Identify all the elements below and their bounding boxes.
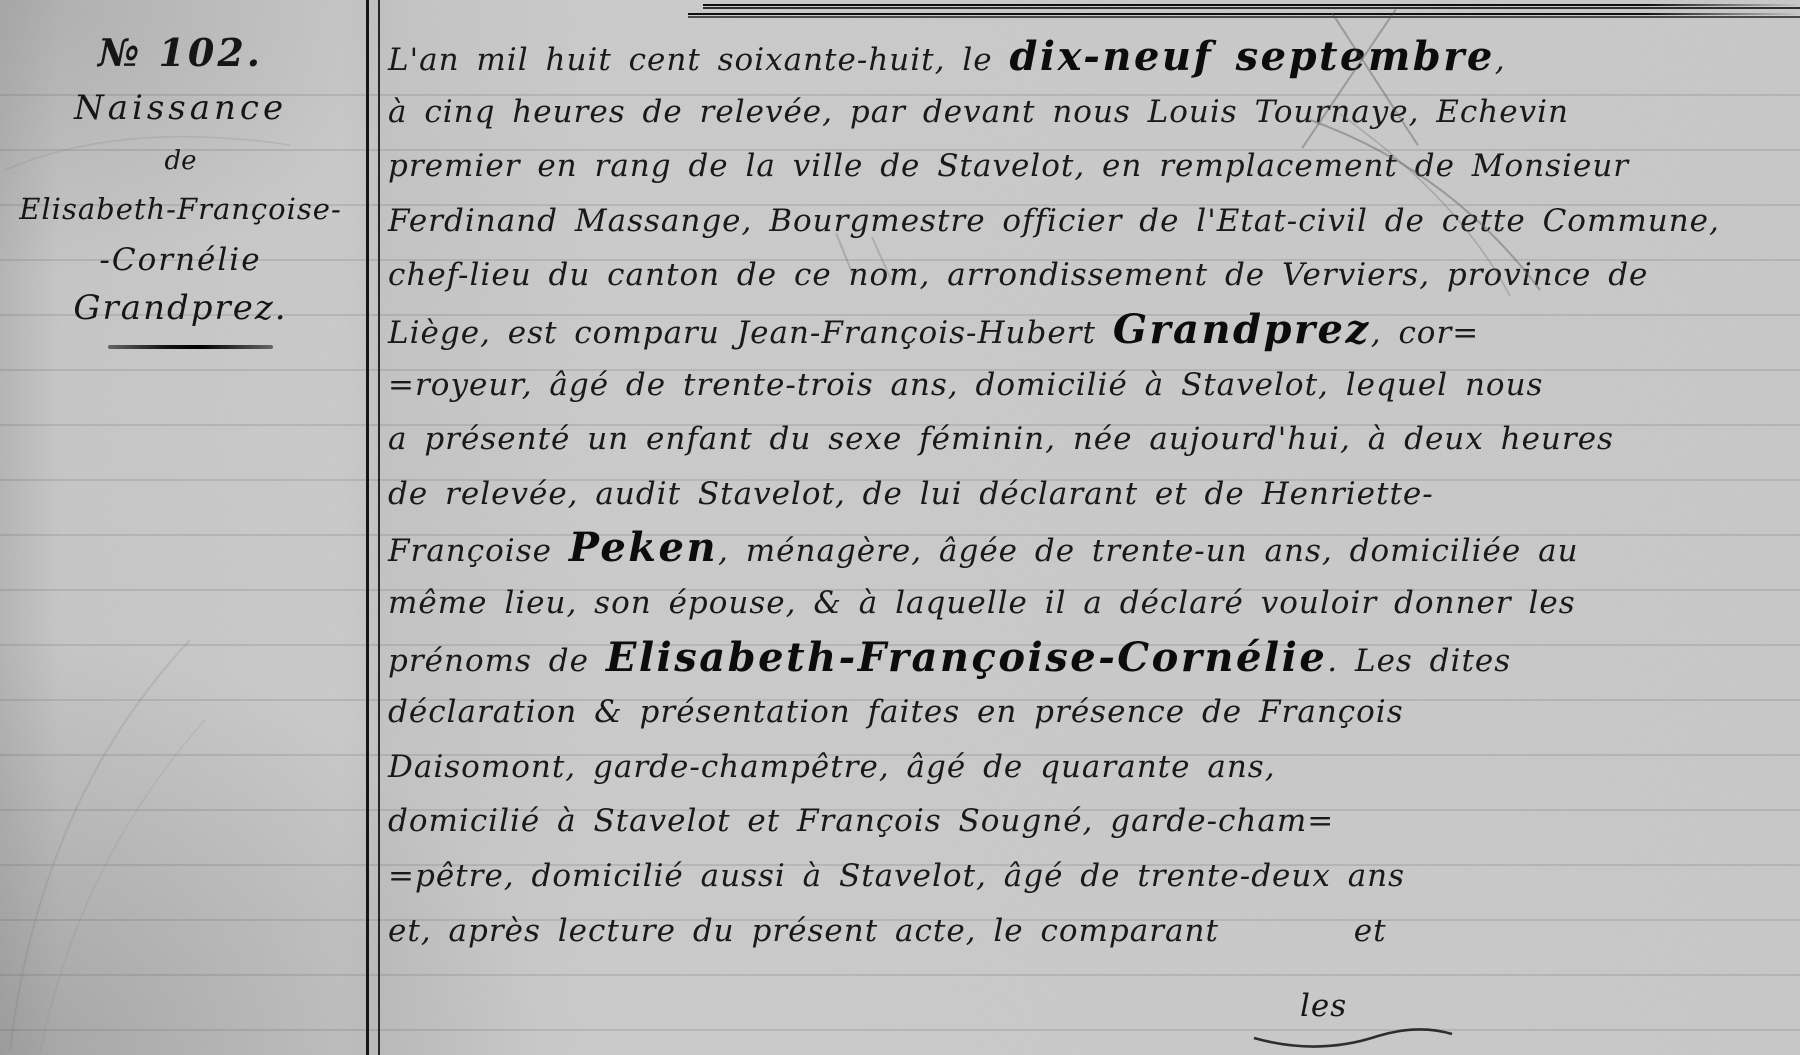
manuscript-line: domicilié à Stavelot et François Sougné,… bbox=[388, 794, 1793, 849]
text-segment: domicilié à Stavelot et François Sougné,… bbox=[388, 803, 1334, 839]
manuscript-line: Françoise Peken, ménagère, âgée de trent… bbox=[388, 521, 1793, 576]
text-segment: déclaration & présentation faites en pré… bbox=[388, 694, 1404, 730]
margin-line: Elisabeth-Françoise- bbox=[8, 192, 353, 226]
text-segment: prénoms de bbox=[388, 643, 606, 679]
margin-column-rule bbox=[366, 0, 380, 1055]
act-number: № 102. bbox=[8, 30, 353, 75]
catchword-flourish bbox=[1248, 1022, 1458, 1055]
catchword: les bbox=[1300, 988, 1347, 1024]
text-segment: à cinq heures de relevée, par devant nou… bbox=[388, 94, 1569, 130]
text-segment: =pêtre, domicilié aussi à Stavelot, âgé … bbox=[388, 858, 1405, 894]
margin-line: Naissance bbox=[8, 88, 353, 128]
text-segment: , bbox=[1495, 42, 1506, 78]
margin-line: Grandprez. bbox=[8, 288, 353, 328]
text-segment: chef-lieu du canton de ce nom, arrondiss… bbox=[388, 257, 1648, 293]
text-segment: . Les dites bbox=[1327, 643, 1511, 679]
margin-line: -Cornélie bbox=[8, 242, 353, 278]
manuscript-line: et, après lecture du présent acte, le co… bbox=[388, 904, 1793, 959]
text-segment: Ferdinand Massange, Bourgmestre officier… bbox=[388, 203, 1720, 239]
margin-line: de bbox=[8, 146, 353, 176]
manuscript-line: prénoms de Elisabeth-Françoise-Cornélie.… bbox=[388, 631, 1793, 686]
manuscript-line: de relevée, audit Stavelot, de lui décla… bbox=[388, 467, 1793, 522]
text-segment: a présenté un enfant du sexe féminin, né… bbox=[388, 421, 1614, 457]
manuscript-line: même lieu, son épouse, & à laquelle il a… bbox=[388, 576, 1793, 631]
manuscript-line: a présenté un enfant du sexe féminin, né… bbox=[388, 412, 1793, 467]
body-text: L'an mil huit cent soixante-huit, le dix… bbox=[388, 30, 1793, 958]
manuscript-line: chef-lieu du canton de ce nom, arrondiss… bbox=[388, 248, 1793, 303]
manuscript-line: =pêtre, domicilié aussi à Stavelot, âgé … bbox=[388, 849, 1793, 904]
text-segment: =royeur, âgé de trente-trois ans, domici… bbox=[388, 367, 1543, 403]
text-segment: même lieu, son épouse, & à laquelle il a… bbox=[388, 585, 1576, 621]
text-segment: Liège, est comparu Jean-François-Hubert bbox=[388, 315, 1113, 351]
text-segment: Daisomont, garde-champêtre, âgé de quara… bbox=[388, 749, 1276, 785]
register-page-scan: № 102. Naissance de Elisabeth-Françoise-… bbox=[0, 0, 1800, 1055]
manuscript-line: déclaration & présentation faites en pré… bbox=[388, 685, 1793, 740]
margin-divider-stroke bbox=[108, 345, 273, 349]
text-segment: , ménagère, âgée de trente-un ans, domic… bbox=[718, 533, 1579, 569]
manuscript-line: premier en rang de la ville de Stavelot,… bbox=[388, 139, 1793, 194]
manuscript-line: =royeur, âgé de trente-trois ans, domici… bbox=[388, 358, 1793, 413]
manuscript-line: L'an mil huit cent soixante-huit, le dix… bbox=[388, 30, 1793, 85]
manuscript-line: Daisomont, garde-champêtre, âgé de quara… bbox=[388, 740, 1793, 795]
manuscript-line: Ferdinand Massange, Bourgmestre officier… bbox=[388, 194, 1793, 249]
emphasized-text: dix-neuf septembre bbox=[1009, 33, 1494, 80]
emphasized-text: Grandprez bbox=[1113, 306, 1371, 353]
text-segment: et, après lecture du présent acte, le co… bbox=[388, 913, 1387, 949]
text-segment: Françoise bbox=[388, 533, 569, 569]
emphasized-text: Elisabeth-Françoise-Cornélie bbox=[606, 634, 1327, 681]
manuscript-line: Liège, est comparu Jean-François-Hubert … bbox=[388, 303, 1793, 358]
text-segment: de relevée, audit Stavelot, de lui décla… bbox=[388, 476, 1434, 512]
emphasized-text: Peken bbox=[569, 524, 718, 571]
text-segment: , cor= bbox=[1371, 315, 1480, 351]
scan-scratch-arc bbox=[0, 600, 220, 1055]
text-segment: premier en rang de la ville de Stavelot,… bbox=[388, 148, 1629, 184]
text-segment: L'an mil huit cent soixante-huit, le bbox=[388, 42, 1009, 78]
top-separator-rule bbox=[703, 4, 1800, 6]
top-separator-rule bbox=[688, 13, 1800, 15]
manuscript-line: à cinq heures de relevée, par devant nou… bbox=[388, 85, 1793, 140]
